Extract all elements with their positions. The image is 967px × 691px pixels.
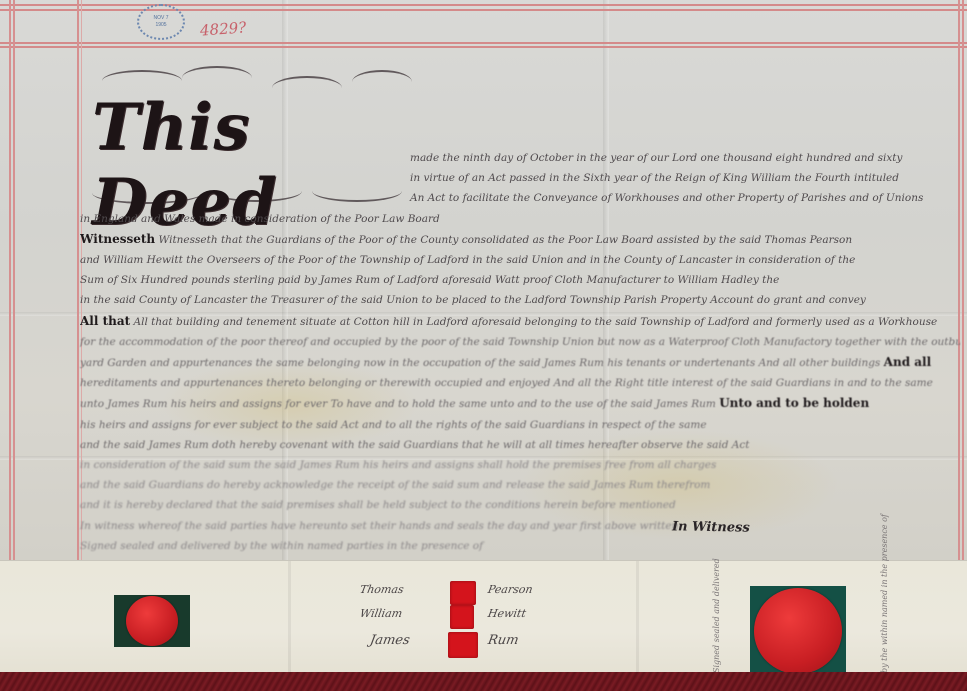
- ruling-line: [0, 4, 967, 6]
- witnesseth-word: Witnesseth: [80, 232, 155, 246]
- flourish-icon: [102, 70, 182, 92]
- body-line: yard Garden and appurtenances the same b…: [80, 352, 960, 373]
- fold-line: [636, 561, 639, 679]
- body-line: and the said James Rum doth hereby coven…: [80, 435, 960, 455]
- body-line: and the said Guardians do hereby acknowl…: [80, 475, 960, 495]
- fold-line: [288, 561, 291, 679]
- body-line: Signed sealed and delivered by the withi…: [80, 536, 960, 556]
- signature-last-name: Pearson: [487, 583, 534, 596]
- seal-right: [750, 586, 846, 676]
- ruling-line: [962, 0, 964, 565]
- ruling-line: [0, 46, 967, 48]
- wax-seal-icon: [126, 596, 178, 646]
- and-all-words: And all: [884, 355, 932, 369]
- received-stamp: NOV 7 1905: [137, 4, 185, 40]
- deed-body: made the ninth day of October in the yea…: [80, 140, 960, 556]
- body-line: and William Hewitt the Overseers of the …: [80, 250, 960, 270]
- body-line: Sum of Six Hundred pounds sterling paid …: [80, 270, 960, 290]
- ruling-line: [0, 42, 967, 44]
- body-line: in consideration of the said sum the sai…: [80, 455, 960, 475]
- body-line: and it is hereby declared that the said …: [80, 495, 960, 515]
- stamp-line-2: 1905: [155, 22, 166, 29]
- reference-number: 4829?: [199, 18, 246, 39]
- signature-last-name: Hewitt: [487, 607, 527, 620]
- in-witness-heading: In Witness: [672, 519, 750, 535]
- body-line: in virtue of an Act passed in the Sixth …: [80, 168, 960, 188]
- wax-seal-icon: [448, 632, 478, 658]
- body-line: made the ninth day of October in the yea…: [80, 148, 960, 168]
- endorsement-note: by the within named in the presence of: [880, 514, 889, 673]
- body-line: in England and Wales made in considerati…: [80, 209, 960, 229]
- ruling-line: [77, 0, 79, 565]
- signature-first-name: William: [359, 607, 403, 620]
- flourish-icon: [182, 66, 252, 90]
- background-cloth: [0, 672, 967, 691]
- body-line: In witness whereof the said parties have…: [80, 516, 960, 536]
- wax-seal-icon: [450, 581, 476, 605]
- signature-first-name: Thomas: [359, 583, 405, 596]
- stamp-line-1: NOV 7: [153, 15, 168, 22]
- body-line: An Act to facilitate the Conveyance of W…: [80, 188, 960, 208]
- body-line: in the said County of Lancaster the Trea…: [80, 290, 960, 310]
- ruling-line: [13, 0, 15, 565]
- wax-seal-icon: [450, 605, 474, 629]
- all-that-words: All that: [80, 314, 130, 328]
- seal-left: [114, 595, 190, 647]
- body-line: for the accommodation of the poor thereo…: [80, 332, 960, 352]
- signature-first-name: James: [369, 633, 411, 648]
- body-line: Witnesseth Witnesseth that the Guardians…: [80, 229, 960, 250]
- deed-parchment: NOV 7 1905 4829? This Deed made the nint…: [0, 0, 967, 565]
- signature-last-name: Rum: [487, 633, 520, 648]
- body-line: hereditaments and appurtenances thereto …: [80, 373, 960, 393]
- body-line: his heirs and assigns for ever subject t…: [80, 415, 960, 435]
- wax-seal-icon: [754, 588, 842, 674]
- body-line: unto James Rum his heirs and assigns for…: [80, 393, 960, 414]
- habendum-words: Unto and to be holden: [719, 396, 869, 410]
- body-line: All that All that building and tenement …: [80, 311, 960, 332]
- seal-strip: Thomas William James Pearson Hewitt Rum …: [0, 560, 967, 679]
- attestation-clause: Signed sealed and delivered: [712, 558, 721, 673]
- ruling-line: [9, 0, 11, 565]
